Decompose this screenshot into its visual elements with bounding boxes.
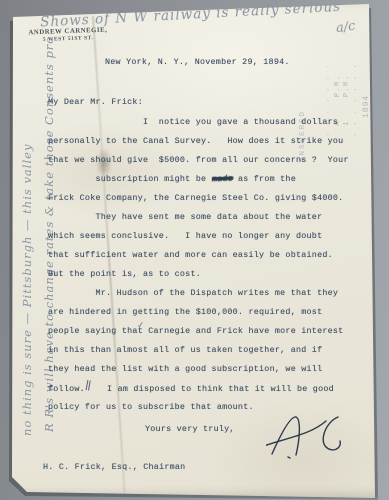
letter-line: I notice you gave a thousand dollars — [48, 117, 338, 127]
letter-line: Mr. Hudson of the Dispatch writes me tha… — [48, 288, 338, 298]
letter-line: which seems conclusive. I have no longer… — [48, 231, 322, 241]
dateline: New York, N. Y., November 29, 1894. — [105, 57, 290, 67]
letter-line: are hindered in getting the $100,000. re… — [48, 307, 322, 317]
closing: Yours very truly, — [145, 424, 235, 434]
handwritten-top-note-initials: a/c — [335, 19, 356, 37]
letter-line: policy for us to subscribe that amount. — [48, 402, 254, 412]
letter-line: personally to the Canal Survey. How does… — [48, 136, 343, 146]
handwritten-margin-note-outer: no thing is sure — Pittsburgh — this val… — [20, 144, 34, 436]
recipient-line: H. C. Frick, Esq., Chairman — [43, 462, 185, 472]
scanned-letter-photo: ANDREW CARNEGIE, 5 WEST 51ST ST. Shows o… — [0, 0, 389, 500]
letter-line: subscription might be made as from the — [48, 174, 296, 184]
letter-line: Frick Coke Company, the Carnegie Steel C… — [48, 193, 343, 203]
letter-line: that sufficient water and more can easil… — [48, 250, 333, 260]
letter-line: But the point is, as to cost. — [48, 269, 201, 279]
signature-monogram — [266, 408, 354, 465]
struck-word: made — [211, 174, 233, 185]
received-stamp-year: 1894 — [362, 95, 371, 118]
letter-line: follow.‖ I am disposed to think that it … — [48, 383, 334, 395]
salutation: My Dear Mr. Frick: — [48, 97, 143, 107]
letter-line: that we should give $5000. from all our … — [48, 155, 349, 165]
letter-line: they head the list with a good subscript… — [48, 364, 322, 374]
insertion-caret-mark: ✓ — [136, 320, 145, 332]
letter-line: people saying that Carnegie and Frick ha… — [48, 326, 343, 336]
letter-line: in this than almost all of us taken toge… — [48, 345, 322, 355]
letter-line: They have sent me some data about the wa… — [48, 212, 322, 222]
